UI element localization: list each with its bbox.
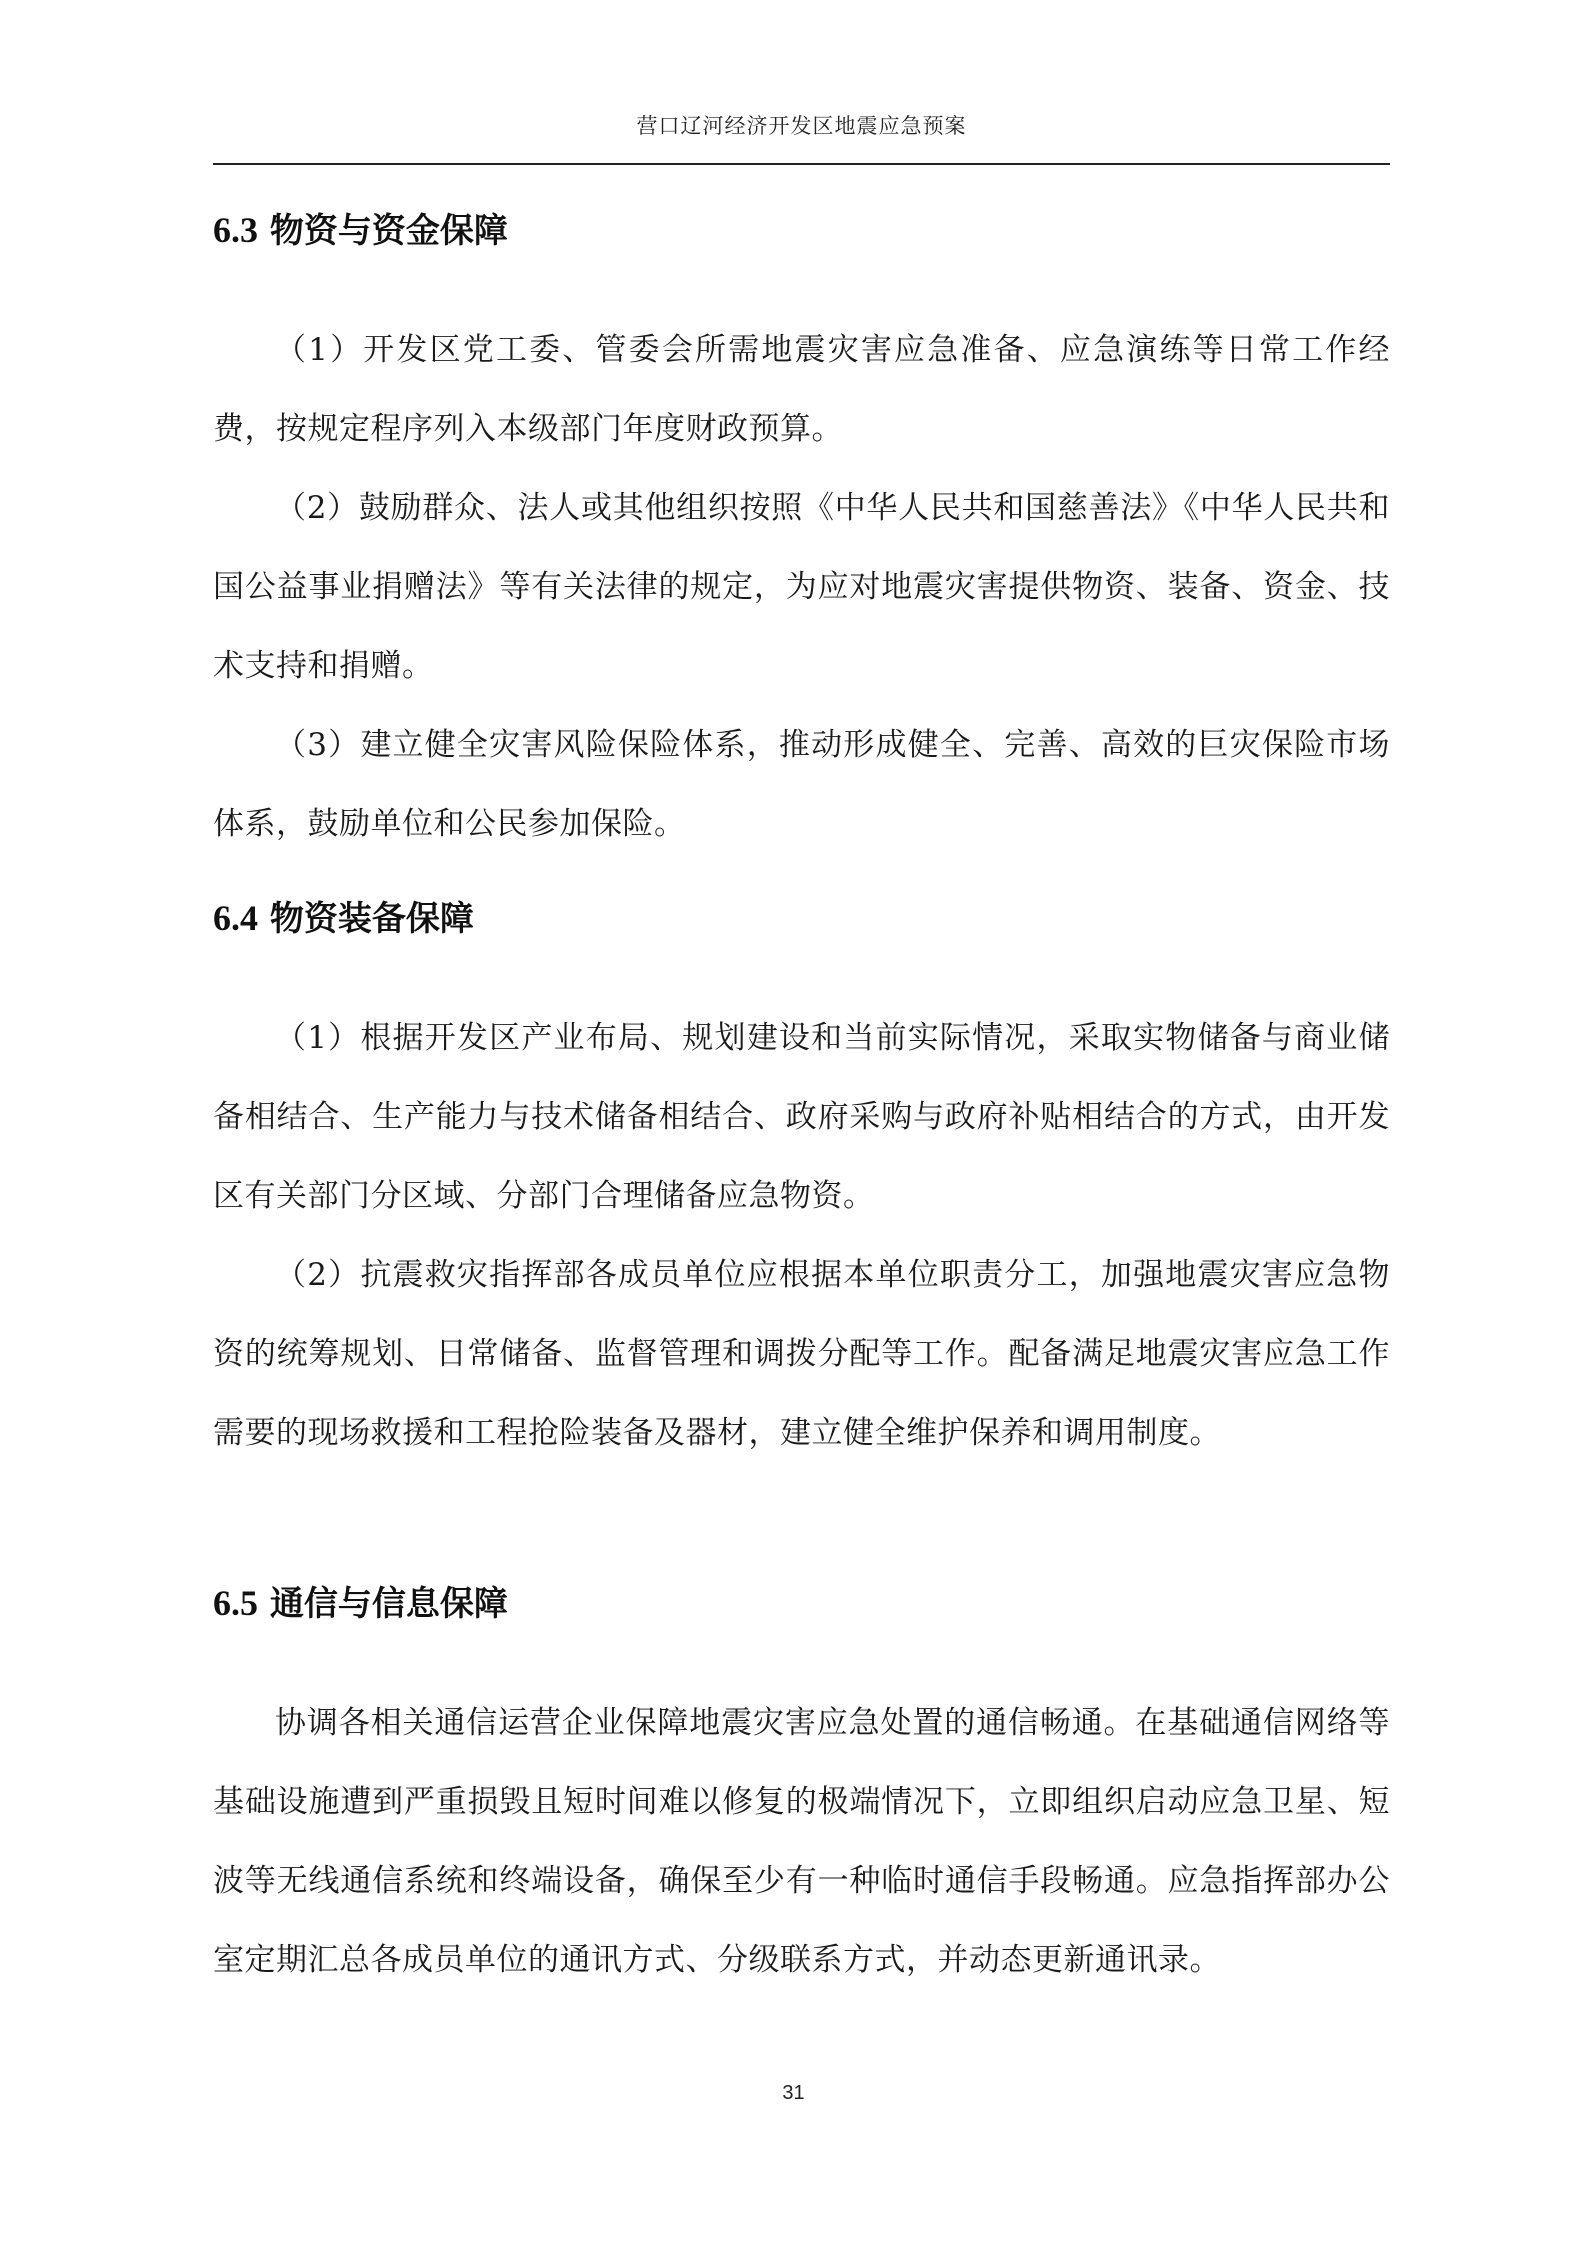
page-number: 31 [0,2082,1587,2105]
section-paragraphs: 协调各相关通信运营企业保障地震灾害应急处置的通信畅通。在基础通信网络等基础设施遭… [213,1684,1390,2000]
section-title-text: 通信与信息保障 [270,1584,508,1624]
section-heading: 6.4 物资装备保障 [213,888,1390,949]
section-heading: 6.5 通信与信息保障 [213,1573,1390,1634]
paragraph: （3）建立健全灾害风险保险体系，推动形成健全、完善、高效的巨灾保险市场体系，鼓励… [213,706,1390,864]
section-6-4: 6.4 物资装备保障 （1）根据开发区产业布局、规划建设和当前实际情况，采取实物… [213,888,1390,1473]
paragraph: （1）根据开发区产业布局、规划建设和当前实际情况，采取实物储备与商业储备相结合、… [213,999,1390,1236]
section-title-text: 物资与资金保障 [270,211,508,251]
paragraph: 协调各相关通信运营企业保障地震灾害应急处置的通信畅通。在基础通信网络等基础设施遭… [213,1684,1390,2000]
section-paragraphs: （1）开发区党工委、管委会所需地震灾害应急准备、应急演练等日常工作经费，按规定程… [213,311,1390,864]
section-title-text: 物资装备保障 [270,899,474,939]
section-6-5: 6.5 通信与信息保障 协调各相关通信运营企业保障地震灾害应急处置的通信畅通。在… [213,1573,1390,2000]
running-header: 营口辽河经济开发区地震应急预案 [213,110,1390,140]
header-divider [213,163,1390,165]
paragraph: （2）鼓励群众、法人或其他组织按照《中华人民共和国慈善法》《中华人民共和国公益事… [213,469,1390,706]
section-heading: 6.3 物资与资金保障 [213,200,1390,261]
section-number: 6.5 [213,1583,258,1623]
paragraph: （1）开发区党工委、管委会所需地震灾害应急准备、应急演练等日常工作经费，按规定程… [213,311,1390,469]
section-number: 6.4 [213,898,258,938]
paragraph: （2）抗震救灾指挥部各成员单位应根据本单位职责分工，加强地震灾害应急物资的统筹规… [213,1236,1390,1473]
section-number: 6.3 [213,210,258,250]
section-paragraphs: （1）根据开发区产业布局、规划建设和当前实际情况，采取实物储备与商业储备相结合、… [213,999,1390,1473]
section-6-3: 6.3 物资与资金保障 （1）开发区党工委、管委会所需地震灾害应急准备、应急演练… [213,200,1390,864]
